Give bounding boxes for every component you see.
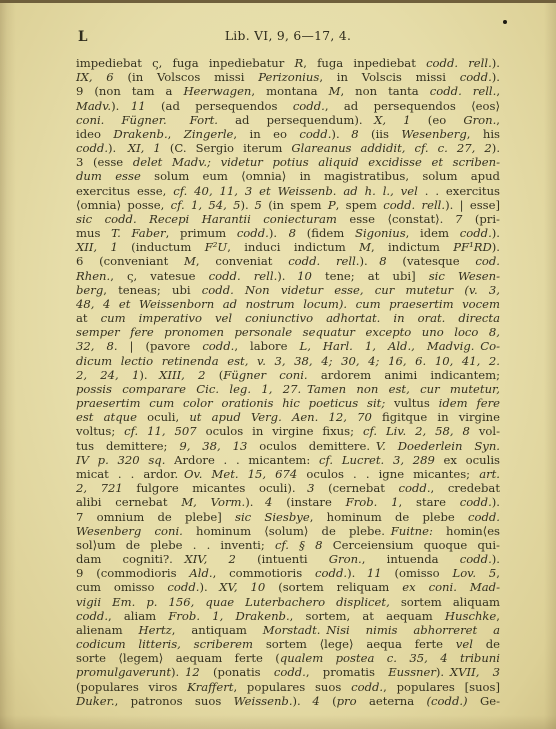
text-line: 7 omnium de plebe] sic Siesbye, hominum …	[76, 510, 500, 524]
text-line: 3 (esse delet Madv.; videtur potius aliq…	[76, 155, 500, 169]
text-line: 9 (commodioris Ald., commotioris codd.).…	[76, 566, 500, 580]
text-line: (populares viros Kraffert, populares suo…	[76, 680, 500, 694]
text-line: ⟨omnia⟩ posse, cf. 1, 54, 5). 5 (in spem…	[76, 198, 500, 212]
text-line: sorte ⟨legem⟩ aequam ferte (qualem poste…	[76, 651, 500, 665]
text-line: berg, teneas; ubi codd. Non videtur esse…	[76, 283, 500, 297]
text-line: sic codd. Recepi Harantii coniecturam es…	[76, 212, 500, 226]
text-line: dicum lectio retinenda est, v. 3, 38, 4;…	[76, 354, 500, 368]
text-line: sol⟩um de plebe . . inventi; cf. § 8 Cer…	[76, 538, 500, 552]
text-line: 48, 4 et Weissenborn ad nostrum locum). …	[76, 297, 500, 311]
text-line: 2, 24, 1). XIII, 2 (Fügner coni. ardorem…	[76, 368, 500, 382]
text-line: cum omisso codd.). XV, 10 (sortem reliqu…	[76, 580, 500, 594]
text-line: Wesenberg coni. hominum ⟨solum⟩ de plebe…	[76, 524, 500, 538]
text-line: IX, 6 (in Volscos missi Perizonius, in V…	[76, 70, 500, 84]
page-header: L Lib. VI, 9, 6—17, 4.	[76, 29, 500, 45]
text-line: dam cogniti?. XIV, 2 (intuenti Gron., in…	[76, 552, 500, 566]
text-line: exercitus esse, cf. 40, 11, 3 et Weissen…	[76, 184, 500, 198]
text-line: 32, 8. | (pavore codd., labore L, Harl. …	[76, 339, 500, 353]
text-line: tus demittere; 9, 38, 13 oculos demitter…	[76, 439, 500, 453]
text-line: at cum imperativo vel coniunctivo adhort…	[76, 311, 500, 325]
text-line: mus T. Faber, primum codd.). 8 (fidem Si…	[76, 226, 500, 240]
text-line: impediebat ς, fuga inpediebatur R, fuga …	[76, 56, 500, 70]
text-line: praesertim cum color orationis hic poeti…	[76, 396, 500, 410]
text-line: codd.). XI, 1 (C. Sergio iterum Glareanu…	[76, 141, 500, 155]
text-line: IV p. 320 sq. Ardore . . micantem: cf. L…	[76, 453, 500, 467]
text-line: possis comparare Cic. leg. 1, 27. Tamen …	[76, 382, 500, 396]
text-block: impediebat ς, fuga inpediebatur R, fuga …	[76, 56, 500, 708]
text-line: vigii Em. p. 156, quae Luterbachero disp…	[76, 595, 500, 609]
text-line: alienam Hertz, antiquam Morstadt. Nisi n…	[76, 623, 500, 637]
text-line: Rhen., ς, vatesue codd. rell.). 10 tene;…	[76, 269, 500, 283]
text-line: semper fere pronomen personale sequatur …	[76, 325, 500, 339]
running-title: Lib. VI, 9, 6—17, 4.	[225, 29, 351, 43]
text-line: 6 (conveniant M, conveniat codd. rell.).…	[76, 254, 500, 268]
scanned-book-page: { "page": { "paper_color": "#e6dda9", "i…	[0, 0, 556, 729]
text-line: codicum litteris, scriberem sortem ⟨lege…	[76, 637, 500, 651]
text-line: est atque oculi, ut apud Verg. Aen. 12, …	[76, 410, 500, 424]
text-line: Madv.). 11 (ad persequendos codd., ad pe…	[76, 99, 500, 113]
text-line: codd., aliam Frob. 1, Drakenb., sortem, …	[76, 609, 500, 623]
text-line: 2, 721 fulgore micantes oculi). 3 (cerne…	[76, 481, 500, 495]
text-line: micat . . ardor. Ov. Met. 15, 674 oculos…	[76, 467, 500, 481]
text-line: alibi cernebat M, Vorm.). 4 (instare Fro…	[76, 495, 500, 509]
page-signature: L	[78, 29, 88, 45]
text-line: coni. Fügner. Fort. ad persequendum). X,…	[76, 113, 500, 127]
text-line: ideo Drakenb., Zingerle, in eo codd.). 8…	[76, 127, 500, 141]
text-line: XII, 1 (inductum F²U, induci indictum M,…	[76, 240, 500, 254]
text-line: dum esse solum eum ⟨omnia⟩ in magistrati…	[76, 169, 500, 183]
ink-speck	[503, 20, 507, 24]
text-line: voltus; cf. 11, 507 oculos in virgine fi…	[76, 424, 500, 438]
text-line: promulgaverunt). 12 (ponatis codd., prom…	[76, 665, 500, 679]
text-line: 9 (non tam a Heerwagen, montana M, non t…	[76, 84, 500, 98]
text-line: Duker., patronos suos Weissenb.). 4 (pro…	[76, 694, 500, 708]
